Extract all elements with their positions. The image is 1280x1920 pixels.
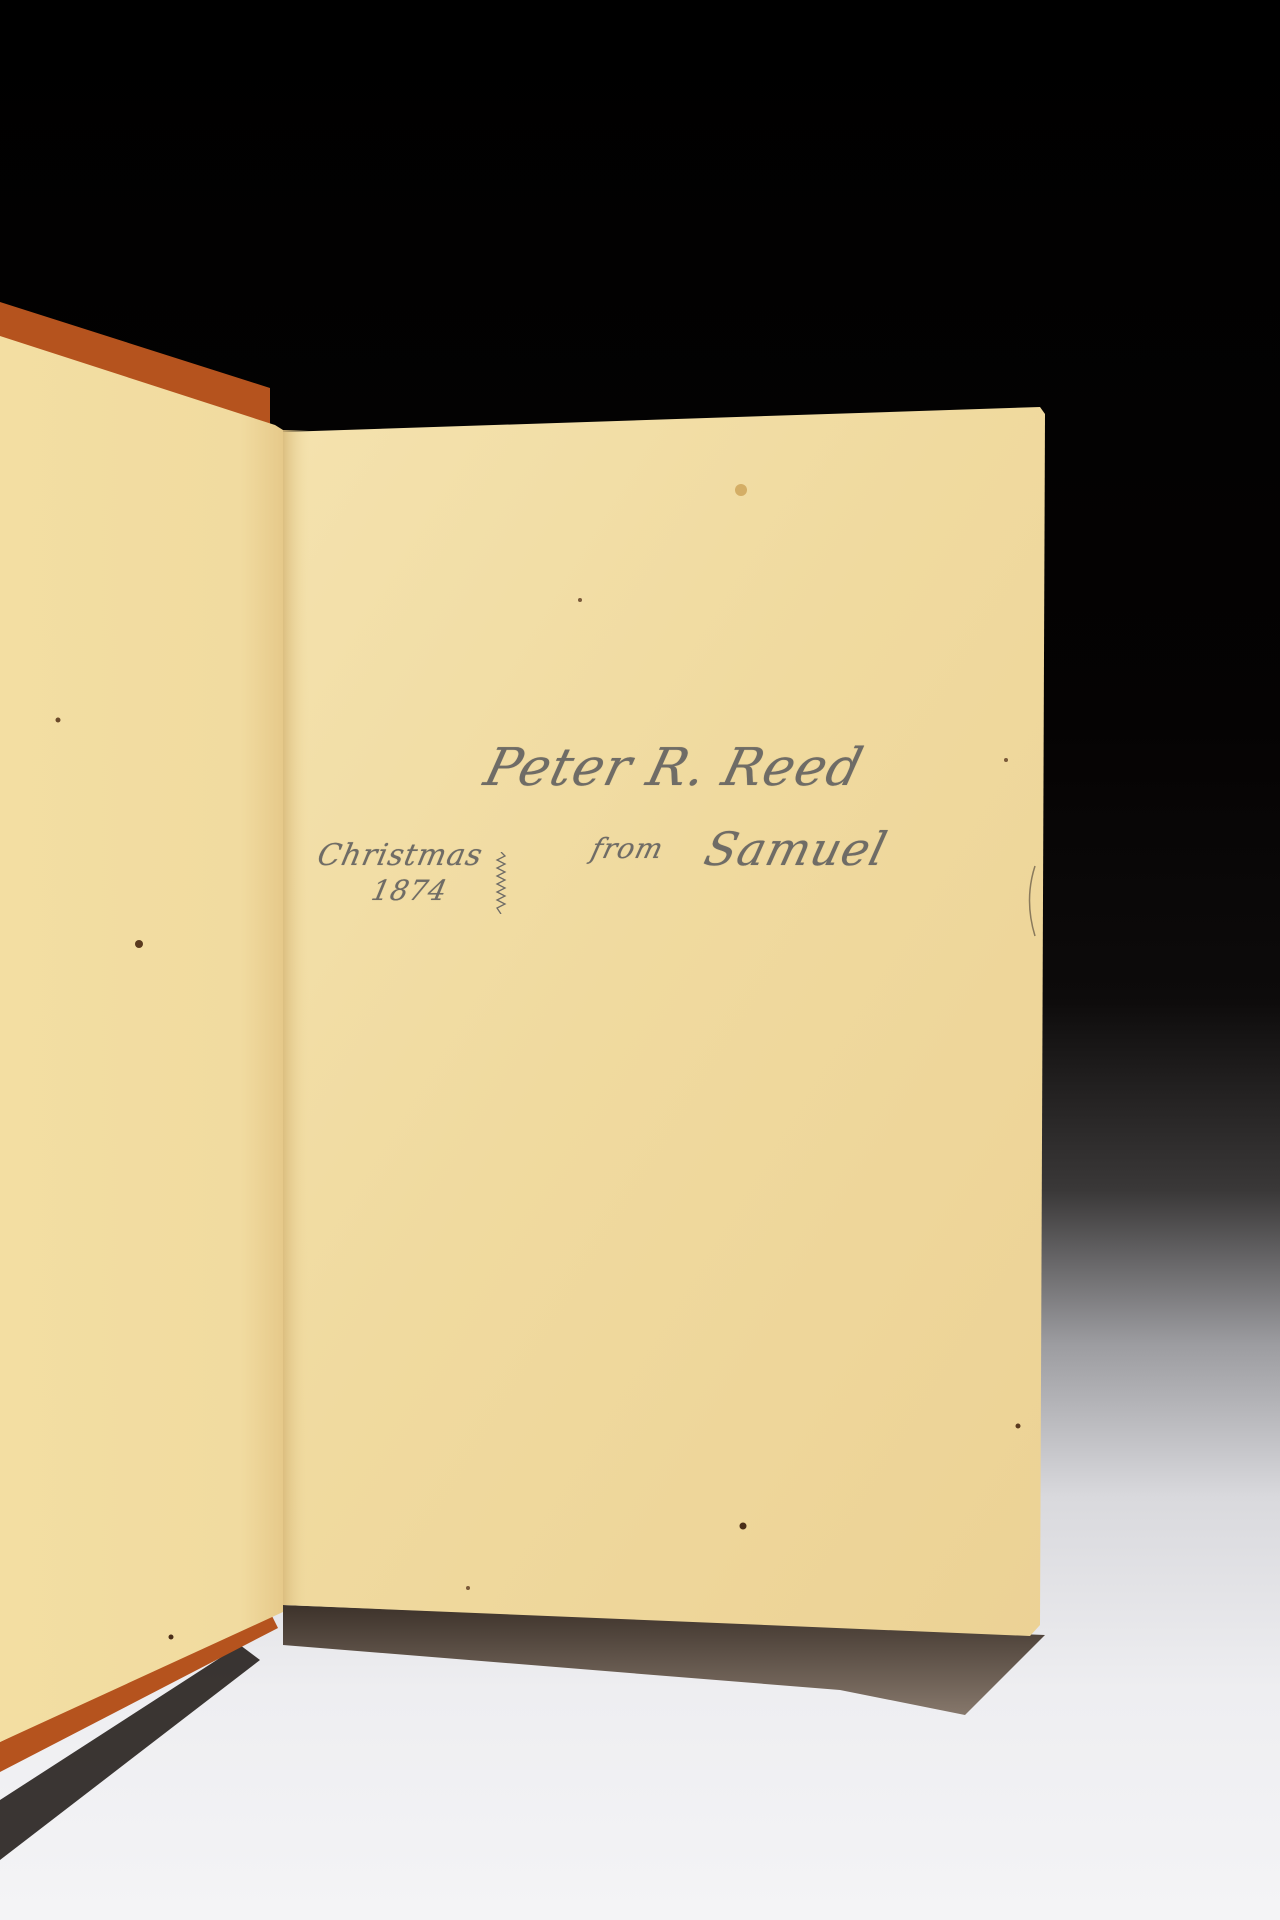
left-endpaper: [0, 336, 283, 1742]
photo-scene: Peter R. Reed Christmas 1874 from Samuel: [0, 0, 1280, 1920]
right-endpaper: [283, 407, 1045, 1636]
inscription-occasion: Christmas: [314, 838, 486, 873]
inscription-year: 1874: [368, 874, 450, 907]
open-book: [0, 0, 1280, 1920]
inscription-recipient: Peter R. Reed: [479, 738, 870, 798]
bracket-squiggle: [494, 852, 508, 914]
inscription-giver: Samuel: [699, 822, 893, 876]
inscription-from-word: from: [588, 832, 667, 865]
